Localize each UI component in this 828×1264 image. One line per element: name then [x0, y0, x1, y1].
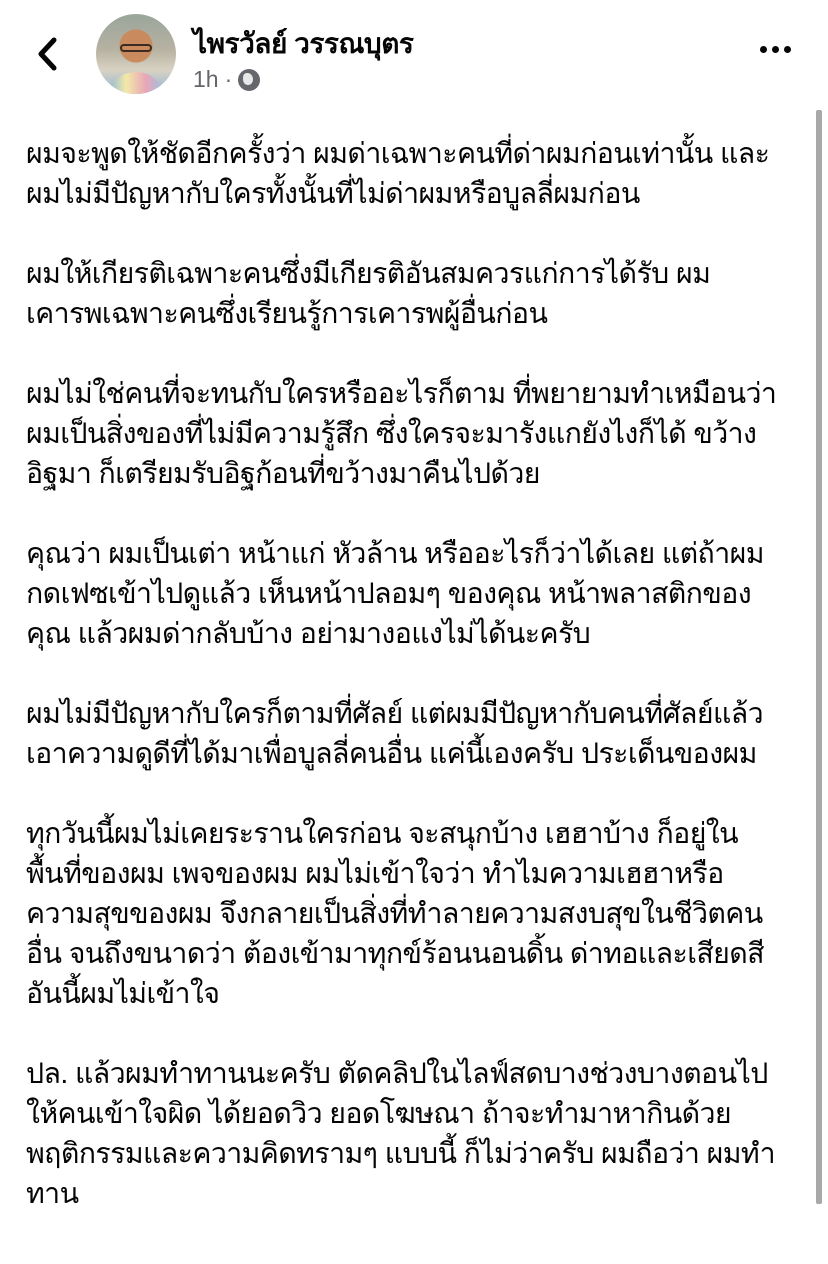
globe-icon[interactable]: [238, 69, 260, 91]
text-line: ผมไม่มีปัญหากับใครทั้งนั้นที่ไม่ด่าผมหรื…: [26, 174, 816, 214]
paragraph: ทุกวันนี้ผมไม่เคยระรานใครก่อน จะสนุกบ้าง…: [26, 814, 816, 1014]
text-line: พฤติกรรมและความคิดทรามๆ แบบนี้ ก็ไม่ว่าค…: [26, 1134, 816, 1174]
text-line: ความสุขของผม จึงกลายเป็นสิ่งที่ทำลายความ…: [26, 894, 816, 934]
paragraph: ปล. แล้วผมทำทานนะครับ ตัดคลิปในไลฟ์สดบาง…: [26, 1054, 816, 1214]
meta-separator: ·: [225, 66, 233, 93]
text-line: ผมเป็นสิ่งของที่ไม่มีความรู้สึก ซึ่งใครจ…: [26, 414, 816, 454]
paragraph: คุณว่า ผมเป็นเต่า หน้าแก่ หัวล้าน หรืออะ…: [26, 534, 816, 654]
text-line: ทุกวันนี้ผมไม่เคยระรานใครก่อน จะสนุกบ้าง…: [26, 814, 816, 854]
back-button[interactable]: [34, 34, 60, 74]
avatar-shirt: [106, 72, 166, 94]
more-horizontal-icon: [760, 46, 767, 53]
text-line: ผมจะพูดให้ชัดอีกครั้งว่า ผมด่าเฉพาะคนที่…: [26, 134, 816, 174]
text-line: อิฐมา ก็เตรียมรับอิฐก้อนที่ขว้างมาคืนไปด…: [26, 454, 816, 494]
chevron-left-icon: [34, 34, 60, 74]
scrollbar[interactable]: [816, 110, 822, 1204]
text-line: อื่น จนถึงขนาดว่า ต้องเข้ามาทุกข์ร้อนนอน…: [26, 934, 816, 974]
paragraph: ผมไม่มีปัญหากับใครก็ตามที่ศัลย์ แต่ผมมีป…: [26, 694, 816, 774]
avatar-glasses: [120, 44, 152, 52]
text-line: พื้นที่ของผม เพจของผม ผมไม่เข้าใจว่า ทำไ…: [26, 854, 816, 894]
text-line: กดเฟซเข้าไปดูแล้ว เห็นหน้าปลอมๆ ของคุณ ห…: [26, 574, 816, 614]
post-body: ผมจะพูดให้ชัดอีกครั้งว่า ผมด่าเฉพาะคนที่…: [26, 134, 816, 1254]
more-horizontal-icon: [784, 46, 791, 53]
text-line: เอาความดูดีที่ได้มาเพื่อบูลลี่คนอื่น แค่…: [26, 734, 816, 774]
text-line: ผมไม่มีปัญหากับใครก็ตามที่ศัลย์ แต่ผมมีป…: [26, 694, 816, 734]
text-line: ผมไม่ใช่คนที่จะทนกับใครหรืออะไรก็ตาม ที่…: [26, 374, 816, 414]
more-horizontal-icon: [772, 46, 779, 53]
text-line: คุณ แล้วผมด่ากลับบ้าง อย่ามางอแงไม่ได้นะ…: [26, 614, 816, 654]
post-meta: 1h ·: [193, 66, 260, 93]
text-line: ทาน: [26, 1174, 816, 1214]
paragraph: ผมให้เกียรติเฉพาะคนซึ่งมีเกียรติอันสมควร…: [26, 254, 816, 334]
paragraph: ผมไม่ใช่คนที่จะทนกับใครหรืออะไรก็ตาม ที่…: [26, 374, 816, 494]
text-line: อันนี้ผมไม่เข้าใจ: [26, 974, 816, 1014]
text-line: ปล. แล้วผมทำทานนะครับ ตัดคลิปในไลฟ์สดบาง…: [26, 1054, 816, 1094]
author-name[interactable]: ไพรวัลย์ วรรณบุตร: [193, 22, 413, 66]
post-timestamp[interactable]: 1h: [193, 66, 219, 93]
text-line: เคารพเฉพาะคนซึ่งเรียนรู้การเคารพผู้อื่นก…: [26, 294, 816, 334]
text-line: ให้คนเข้าใจผิด ได้ยอดวิว ยอดโฆษณา ถ้าจะท…: [26, 1094, 816, 1134]
post-header: ไพรวัลย์ วรรณบุตร 1h ·: [0, 0, 828, 110]
paragraph: ผมจะพูดให้ชัดอีกครั้งว่า ผมด่าเฉพาะคนที่…: [26, 134, 816, 214]
text-line: คุณว่า ผมเป็นเต่า หน้าแก่ หัวล้าน หรืออะ…: [26, 534, 816, 574]
more-options-button[interactable]: [760, 46, 791, 53]
text-line: ผมให้เกียรติเฉพาะคนซึ่งมีเกียรติอันสมควร…: [26, 254, 816, 294]
author-avatar[interactable]: [96, 14, 176, 94]
